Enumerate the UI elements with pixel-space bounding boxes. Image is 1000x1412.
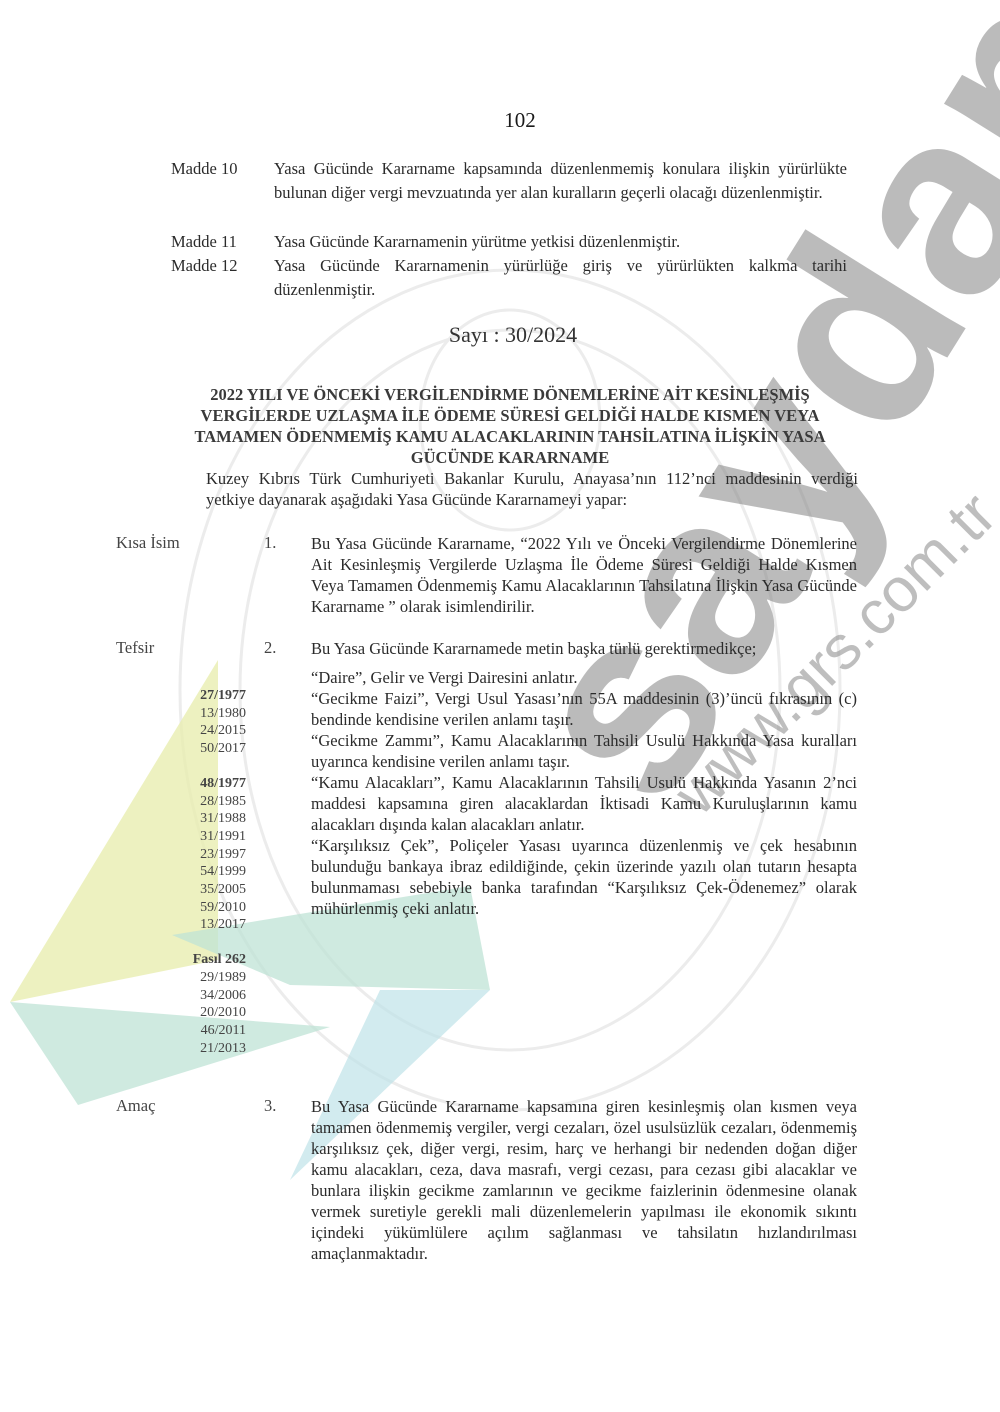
reference-item: 28/1985 [193, 793, 246, 811]
title-line: TAMAMEN ÖDENMEMİŞ KAMU ALACAKLARININ TAH… [120, 426, 900, 447]
section-label-kisa-isim: Kısa İsim [116, 533, 180, 553]
reference-head: 48/1977 [193, 775, 246, 793]
madde-label: Madde 12 [171, 254, 271, 278]
madde-label: Madde 10 [171, 157, 271, 181]
decree-title: 2022 YILI VE ÖNCEKİ VERGİLENDİRME DÖNEML… [120, 384, 900, 468]
reference-group: 27/197713/198024/201550/2017 [193, 687, 246, 758]
definition-item: “Kamu Alacakları”, Kamu Alacaklarının Ta… [311, 772, 857, 835]
title-line: VERGİLERDE UZLAŞMA İLE ÖDEME SÜRESİ GELD… [120, 405, 900, 426]
section-body-amac: Bu Yasa Gücünde Kararname kapsamına gire… [311, 1096, 857, 1264]
reference-item: 23/1997 [193, 846, 246, 864]
reference-group: Fasıl 26229/198934/200620/201046/201121/… [193, 951, 246, 1057]
reference-item: 20/2010 [193, 1004, 246, 1022]
reference-item: 50/2017 [193, 740, 246, 758]
reference-item: 13/1980 [193, 705, 246, 723]
law-references: 27/197713/198024/201550/201748/197728/19… [193, 687, 246, 1057]
reference-item: 29/1989 [193, 969, 246, 987]
reference-item: 46/2011 [193, 1022, 246, 1040]
madde-text: Yasa Gücünde Kararname kapsamında düzenl… [274, 157, 847, 205]
title-line: GÜCÜNDE KARARNAME [120, 447, 900, 468]
madde-label: Madde 11 [171, 230, 271, 254]
reference-item: 31/1991 [193, 828, 246, 846]
reference-item: 35/2005 [193, 881, 246, 899]
section-number-2: 2. [264, 638, 276, 658]
section-number-3: 3. [264, 1096, 276, 1116]
title-line: 2022 YILI VE ÖNCEKİ VERGİLENDİRME DÖNEML… [120, 384, 900, 405]
section-intro-tefsir: Bu Yasa Gücünde Kararnamede metin başka … [311, 638, 857, 659]
preamble: Kuzey Kıbrıs Türk Cumhuriyeti Bakanlar K… [206, 468, 858, 510]
madde-text: Yasa Gücünde Kararnamenin yürürlüğe giri… [274, 254, 847, 302]
reference-item: 13/2017 [193, 916, 246, 934]
section-label-amac: Amaç [116, 1096, 155, 1116]
section-body-kisa-isim: Bu Yasa Gücünde Kararname, “2022 Yılı ve… [311, 533, 857, 617]
watermark-teal-shape-2 [10, 1002, 330, 1105]
reference-head: 27/1977 [193, 687, 246, 705]
definition-item: “Daire”, Gelir ve Vergi Dairesini anlatı… [311, 667, 857, 688]
section-label-tefsir: Tefsir [116, 638, 154, 658]
document-number: Sayı : 30/2024 [0, 322, 1000, 348]
page-number: 102 [0, 108, 1000, 133]
reference-head: Fasıl 262 [193, 951, 246, 969]
watermark-yellow-shape [10, 660, 218, 1002]
madde-text: Yasa Gücünde Kararnamenin yürütme yetkis… [274, 230, 847, 254]
reference-item: 24/2015 [193, 722, 246, 740]
reference-item: 21/2013 [193, 1040, 246, 1058]
reference-item: 34/2006 [193, 987, 246, 1005]
definition-item: “Karşılıksız Çek”, Poliçeler Yasası uyar… [311, 835, 857, 919]
definition-item: “Gecikme Faizi”, Vergi Usul Yasası’nın 5… [311, 688, 857, 730]
reference-item: 31/1988 [193, 810, 246, 828]
section-number-1: 1. [264, 533, 276, 553]
reference-group: 48/197728/198531/198831/199123/199754/19… [193, 775, 246, 934]
definition-item: “Gecikme Zammı”, Kamu Alacaklarının Tahs… [311, 730, 857, 772]
reference-item: 59/2010 [193, 899, 246, 917]
definitions-list: “Daire”, Gelir ve Vergi Dairesini anlatı… [311, 667, 857, 919]
reference-item: 54/1999 [193, 863, 246, 881]
